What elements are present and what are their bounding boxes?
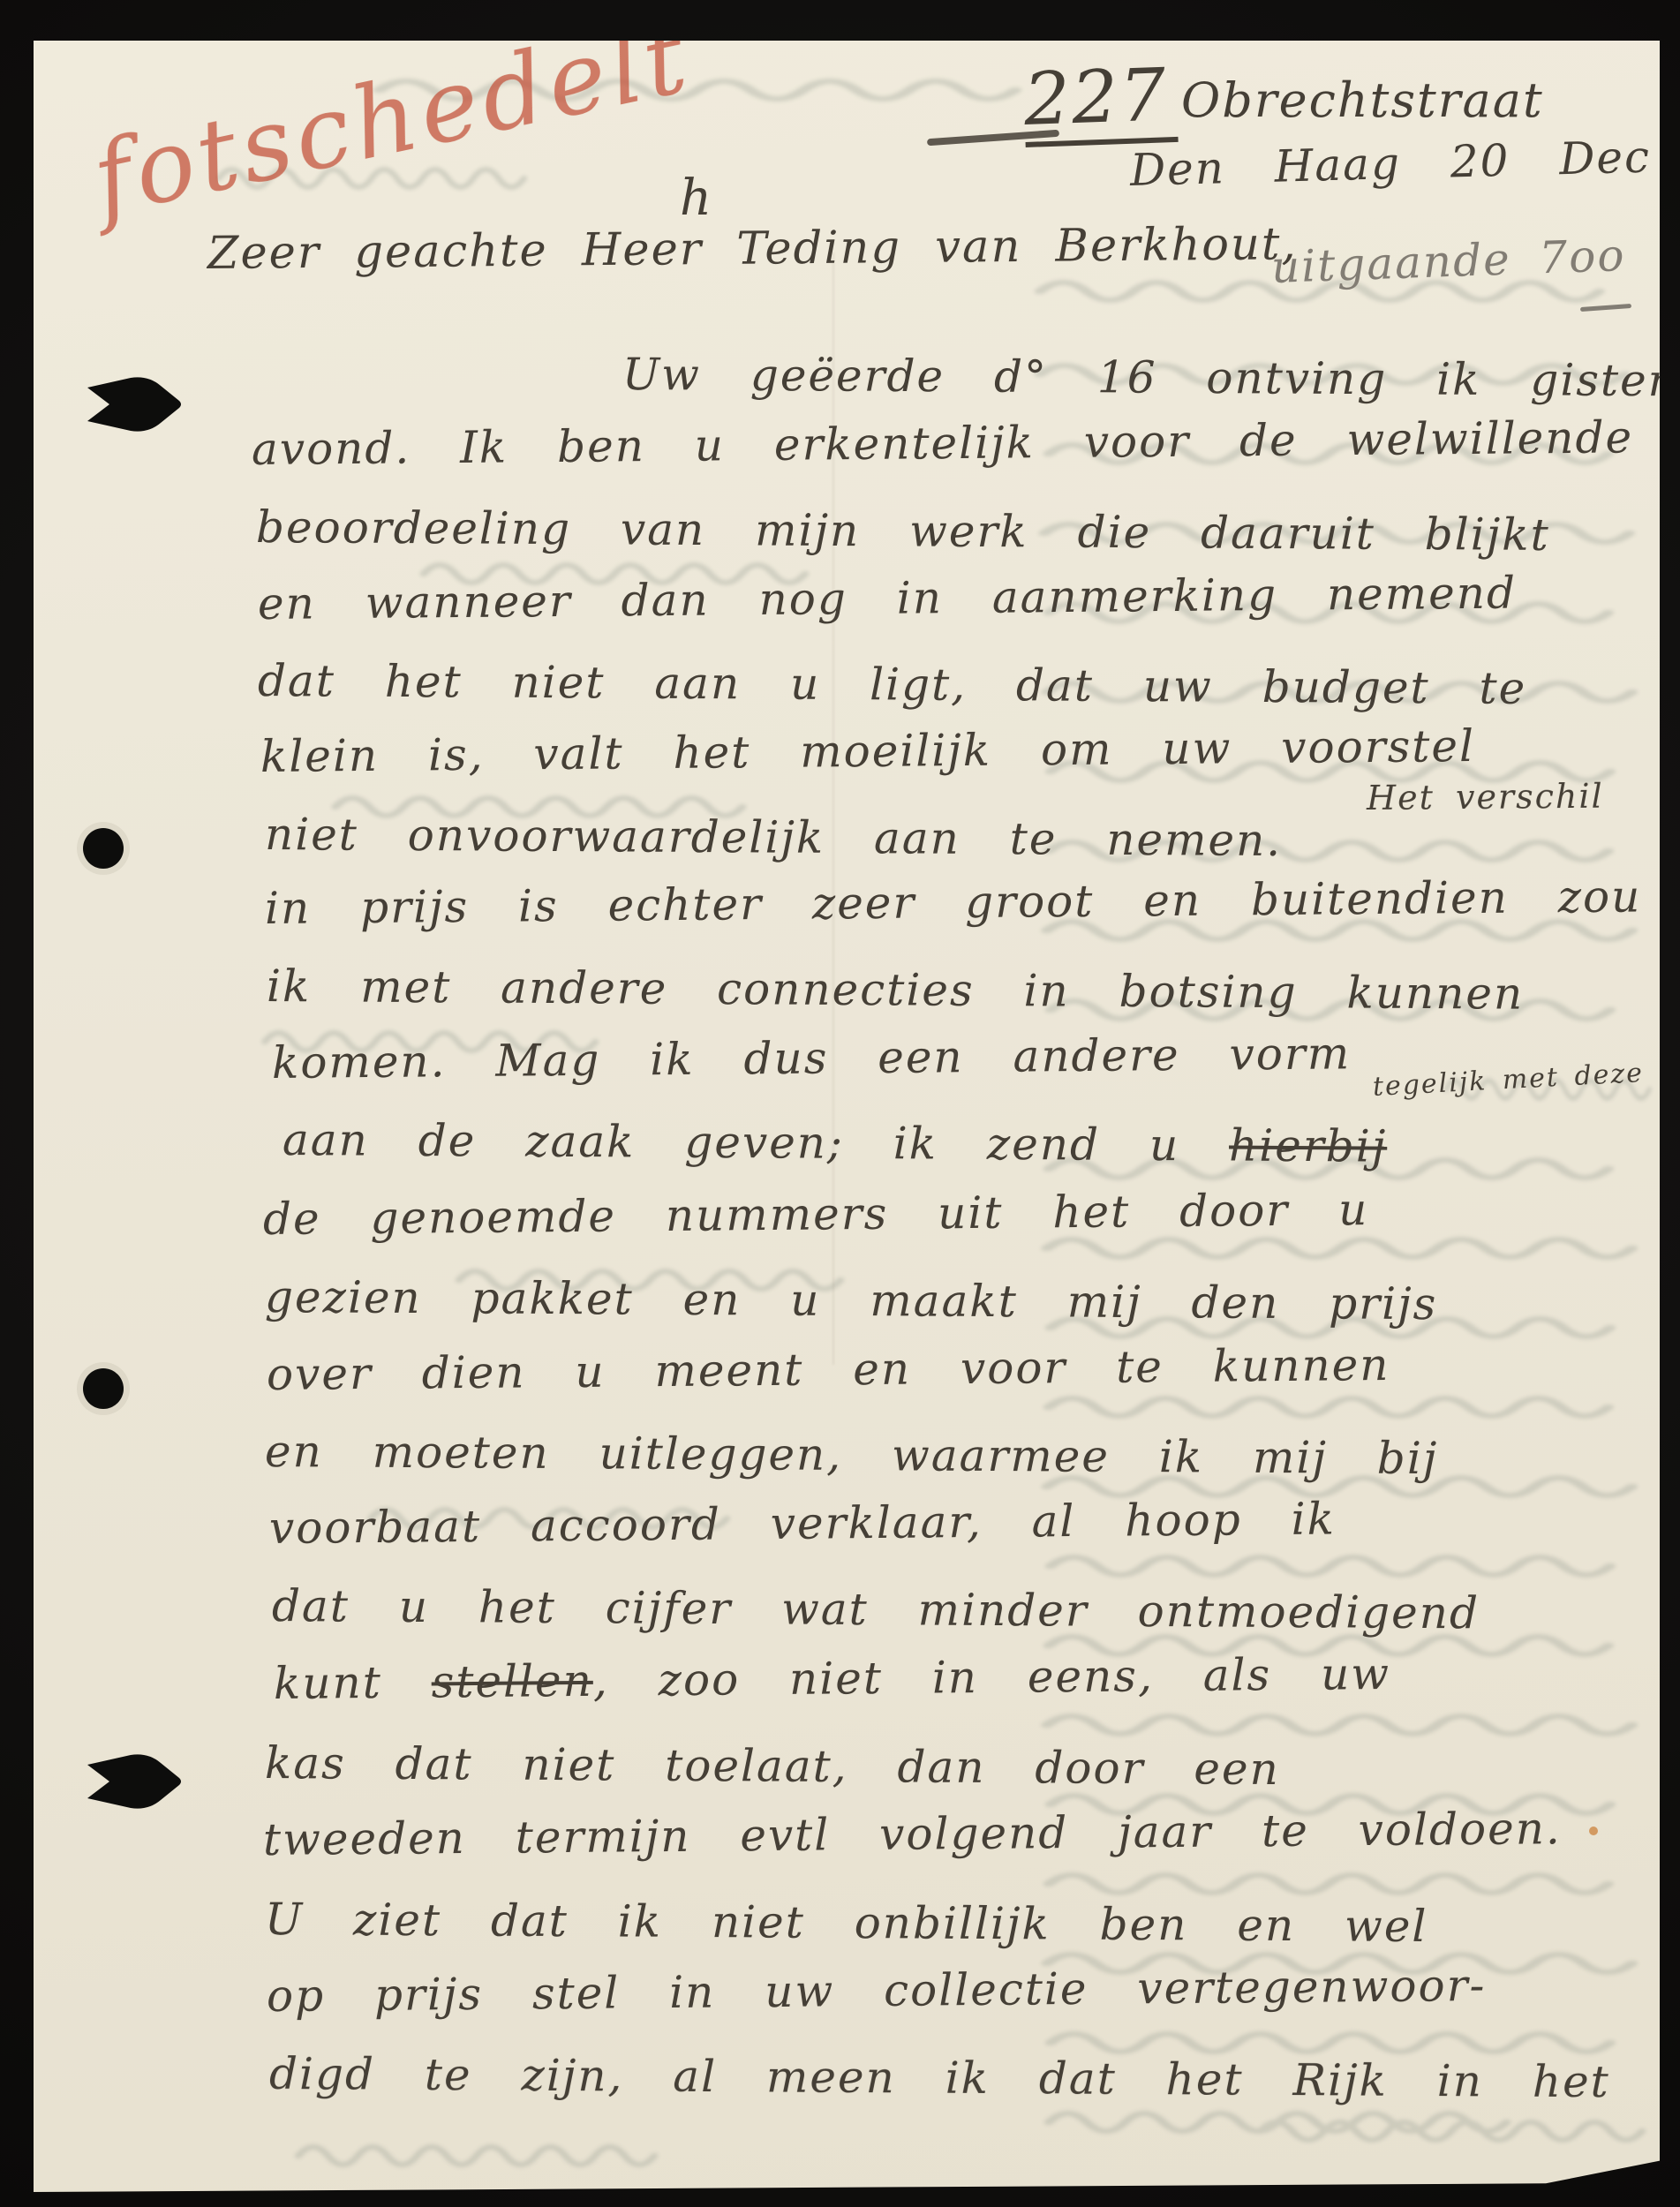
letter-line-text: , zoo niet in eens, als uw (593, 1648, 1391, 1706)
letter-line: niet onvoorwaardelijk aan te nemen. (265, 809, 1283, 866)
letter-line: de genoemde nummers uit het door u (263, 1184, 1369, 1245)
letter-line: voorbaat accoord verklaar, al hoop ik (269, 1493, 1336, 1554)
letter-line: en moeten uitleggen, waarmee ik mij bij (265, 1426, 1439, 1484)
letter-line: kunt stellen, zoo niet in eens, als uw (274, 1648, 1391, 1709)
letter-paper: fotschedelt 227 Obrechtstraat Den Haag 2… (34, 41, 1660, 2192)
salutation: Zeer geachte Heer Teding van Berkhout, (207, 218, 1298, 280)
letter-line: dat het niet aan u ligt, dat uw budget t… (258, 655, 1527, 714)
letter-scan: fotschedelt 227 Obrechtstraat Den Haag 2… (0, 0, 1680, 2207)
letter-line: komen. Mag ik dus een andere vorm (272, 1028, 1352, 1088)
letter-line: Uw geëerde d° 16 ontving ik gister (622, 349, 1671, 406)
stray-pen-mark: h (680, 169, 713, 227)
letter-line: op prijs stel in uw collectie vertegenwo… (267, 1960, 1487, 2022)
letter-line: beoordeeling van mijn werk die daaruit b… (256, 501, 1550, 561)
letter-line-text: aan de zaak geven; ik zend u (283, 1114, 1179, 1171)
letter-line: over dien u meent en voor te kunnen (267, 1339, 1390, 1400)
struck-word: stellen (431, 1655, 593, 1708)
letter-line: en wanneer dan nog in aanmerking nemend (258, 568, 1517, 629)
letter-line: dat u het cijfer wat minder ontmoedigend (272, 1580, 1480, 1638)
paper-fastener-bottom (85, 1753, 184, 1814)
punch-hole-upper (83, 828, 124, 869)
letter-line: gezien pakket en u maakt mij den prijs (265, 1271, 1438, 1329)
letter-line: aan de zaak geven; ik zend u hierbij (283, 1114, 1388, 1172)
struck-word: hierbij (1229, 1120, 1388, 1172)
address-street: Obrechtstraat (1181, 72, 1544, 128)
letter-line: klein is, valt het moeilijk om uw voorst… (260, 720, 1475, 782)
punch-hole-lower (83, 1368, 124, 1409)
letter-line: digd te zijn, al meen ik dat het Rijk in… (269, 2048, 1610, 2107)
letter-line: ik met andere connecties in botsing kunn… (267, 960, 1525, 1020)
letter-line-text: kunt (274, 1657, 382, 1709)
ink-fleck (1589, 1827, 1598, 1835)
paper-fastener-top (85, 376, 184, 437)
letter-line: U ziet dat ik niet onbillijk ben en wel (265, 1894, 1428, 1952)
letter-line: kas dat niet toelaat, dan door een (265, 1737, 1280, 1795)
letter-line-tail: Het verschil (1367, 777, 1604, 817)
